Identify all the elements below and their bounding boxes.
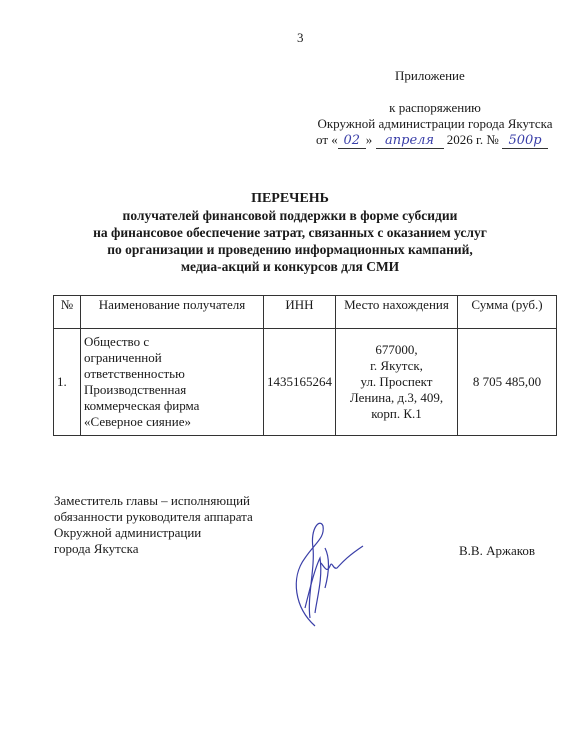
recipients-table: № Наименование получателя ИНН Место нахо… [53, 295, 557, 436]
handwritten-day: 02 [338, 134, 366, 149]
date-prefix: от « [316, 132, 338, 147]
header-address: Место нахождения [336, 296, 458, 329]
appendix-title: Приложение [395, 68, 465, 84]
title-line-2: на финансовое обеспечение затрат, связан… [40, 224, 540, 241]
title-main: ПЕРЕЧЕНЬ [40, 190, 540, 207]
cell-inn: 1435165264 [264, 329, 336, 436]
header-sum: Сумма (руб.) [458, 296, 557, 329]
appendix-ref-line1: к распоряжению [300, 100, 570, 116]
cell-sum: 8 705 485,00 [458, 329, 557, 436]
header-name: Наименование получателя [81, 296, 264, 329]
appendix-date-line: от «02» апреля 2026 г. № 500р [316, 132, 548, 149]
header-inn: ИНН [264, 296, 336, 329]
title-line-3: по организации и проведению информационн… [40, 241, 540, 258]
year-text: 2026 г. № [447, 132, 499, 147]
document-title: ПЕРЕЧЕНЬ получателей финансовой поддержк… [40, 190, 540, 275]
header-number: № [54, 296, 81, 329]
cell-address: 677000, г. Якутск, ул. Проспект Ленина, … [336, 329, 458, 436]
cell-number: 1. [54, 329, 81, 436]
title-line-1: получателей финансовой поддержки в форме… [40, 207, 540, 224]
handwritten-month: апреля [376, 134, 444, 149]
signer-position: Заместитель главы – исполняющий обязанно… [54, 493, 253, 557]
signer-name: В.В. Аржаков [459, 543, 535, 559]
title-line-4: медиа-акций и конкурсов для СМИ [40, 258, 540, 275]
appendix-ref-line2: Окружной администрации города Якутска [300, 116, 570, 132]
table-row: 1. Общество с ограниченной ответственнос… [54, 329, 557, 436]
page-number: 3 [297, 30, 304, 46]
appendix-reference: к распоряжению Окружной администрации го… [300, 100, 570, 132]
table-header-row: № Наименование получателя ИНН Место нахо… [54, 296, 557, 329]
handwritten-order-number: 500р [502, 134, 548, 149]
signature-icon [285, 518, 365, 638]
day-suffix: » [366, 132, 373, 147]
cell-name: Общество с ограниченной ответственностью… [81, 329, 264, 436]
